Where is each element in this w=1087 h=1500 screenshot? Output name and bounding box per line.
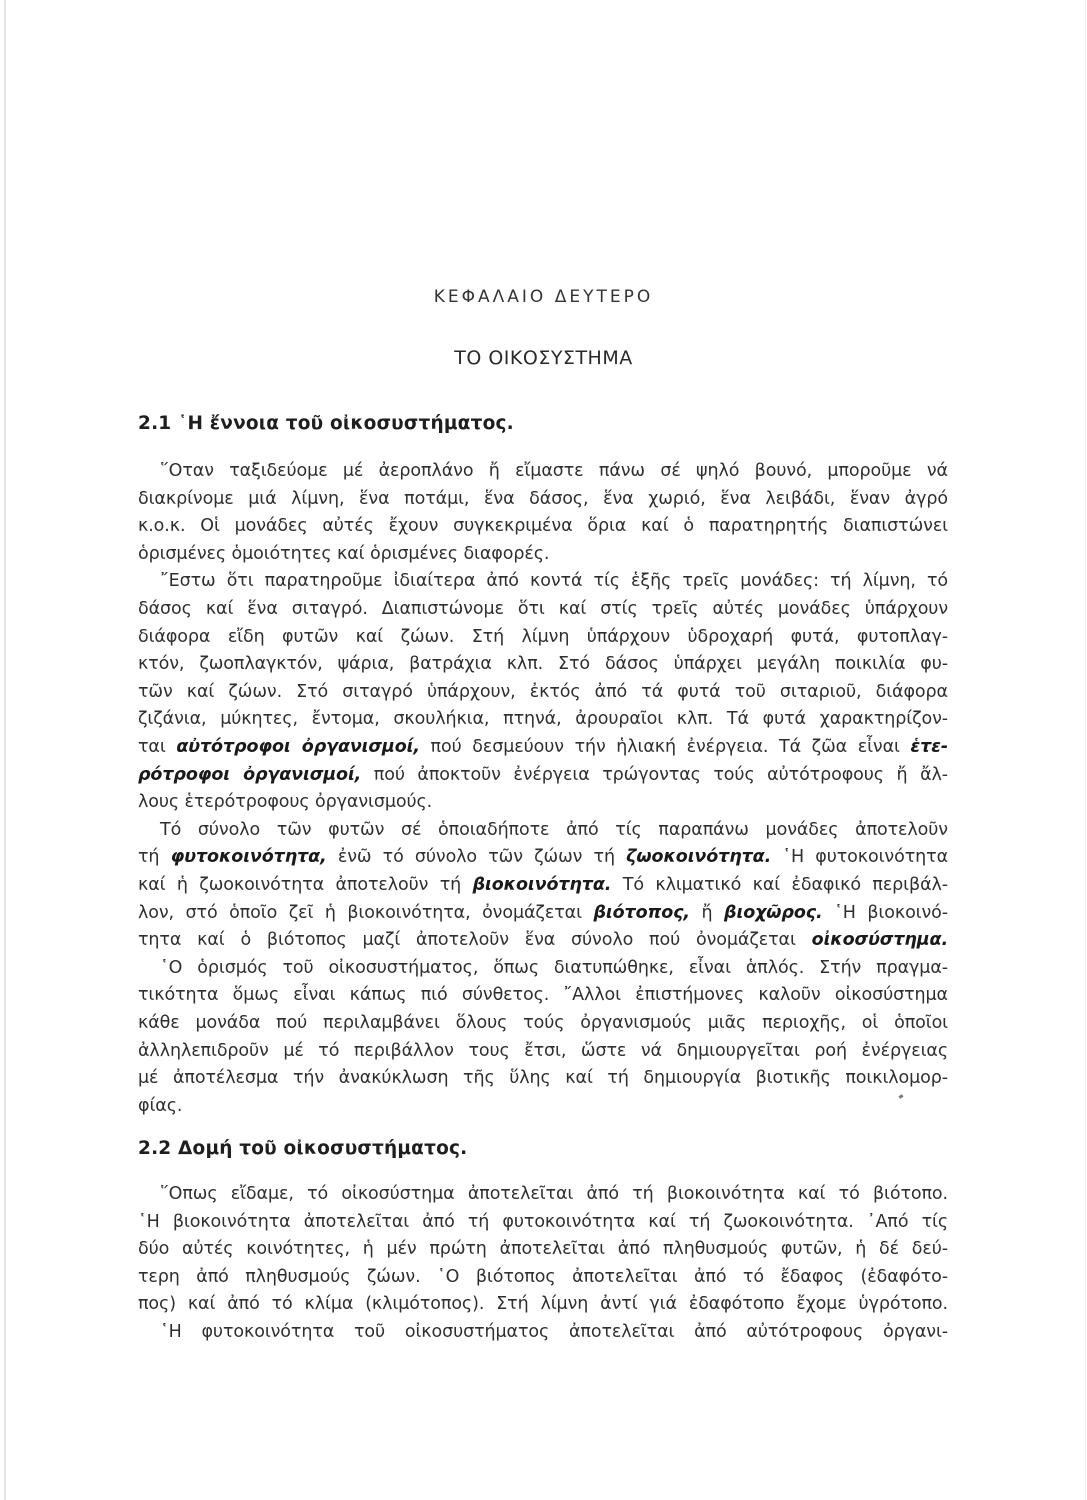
text-line: κ.ο.κ. Οἱ μονάδες αὐτές ἔχουν συγκεκριμέ… xyxy=(138,515,948,537)
chapter-title: ΤΟ ΟΙΚΟΣΥΣΤΗΜΑ xyxy=(0,347,1087,369)
emphasized-term: βιοκοινότητα. xyxy=(473,875,612,895)
text-line: ῾Ο ὁρισμός τοῦ οἰκοσυστήματος, ὅπως διατ… xyxy=(160,957,948,979)
text-line: τητα καί ὁ βιότοπος μαζί ἀποτελοῦν ἕνα σ… xyxy=(138,929,948,951)
emphasized-term: ἑτε- xyxy=(910,737,948,757)
text-line: διακρίνομε μιά λίμνη, ἕνα ποτάμι, ἕνα δά… xyxy=(138,488,948,510)
text-line: τῶν καί ζώων. Στό σιταγρό ὑπάρχουν, ἐκτό… xyxy=(138,681,948,703)
text-line: λους ἑτερότροφους ὀργανισμούς. xyxy=(138,791,948,813)
text-line: φίας. xyxy=(138,1095,948,1117)
text-line: δύο αὐτές κοινότητες, ἡ μέν πρώτη ἀποτελ… xyxy=(138,1238,948,1260)
emphasized-term: βιότοπος, xyxy=(593,903,690,923)
text-line: ται αὐτότροφοι ὀργανισμοί, πού δεσμεύουν… xyxy=(138,736,948,758)
text-line: μέ ἀποτέλεσμα τήν ἀνακύκλωση τῆς ὕλης κα… xyxy=(138,1067,948,1089)
text-line: ῾Η βιοκοινότητα ἀποτελεῖται ἀπό τή φυτοκ… xyxy=(138,1211,948,1233)
scan-edge-left xyxy=(4,0,6,1500)
text-line: Τό σύνολο τῶν φυτῶν σέ ὁποιαδήποτε ἀπό τ… xyxy=(160,819,948,841)
text-line: τικότητα ὅμως εἶναι κάπως πιό σύνθετος. … xyxy=(138,984,948,1006)
text-line: ῞Οταν ταξιδεύομε μέ ἀεροπλάνο ἤ εἴμαστε … xyxy=(160,460,948,482)
text-line: πος) καί ἀπό τό κλίμα (κλιμότοπος). Στή … xyxy=(138,1293,948,1315)
emphasized-term: βιοχῶρος. xyxy=(724,903,823,923)
text-line: ῾Η φυτοκοινότητα τοῦ οἰκοσυστήματος ἀποτ… xyxy=(160,1321,948,1343)
emphasized-term: οἰκοσύστημα. xyxy=(812,930,948,950)
emphasized-term: αὐτότροφοι ὀργανισμοί, xyxy=(176,737,420,757)
chapter-heading: ΚΕΦΑΛΑΙΟ ΔΕΥΤΕΡΟ xyxy=(0,287,1087,307)
text-line: ὁρισμένες ὁμοιότητες καί ὁρισμένες διαφο… xyxy=(138,543,948,565)
text-line: καί ἡ ζωοκοινότητα ἀποτελοῦν τή βιοκοινό… xyxy=(138,874,948,896)
text-line: διάφορα εἴδη φυτῶν καί ζώων. Στή λίμνη ὑ… xyxy=(138,626,948,648)
scan-edge-right xyxy=(1085,0,1086,1500)
emphasized-term: φυτοκοινότητα, xyxy=(171,847,327,867)
text-line: ῎Εστω ὅτι παρατηροῦμε ἰδιαίτερα ἀπό κοντ… xyxy=(160,570,948,592)
emphasized-term: ρότροφοι ὀργανισμοί, xyxy=(138,765,361,785)
text-line: ἀλληλεπιδροῦν μέ τό περιβάλλον τους ἔτσι… xyxy=(138,1040,948,1062)
text-line: λον, στό ὁποῖο ζεῖ ἡ βιοκοινότητα, ὀνομά… xyxy=(138,902,948,924)
text-line: δάσος καί ἕνα σιταγρό. Διαπιστώνομε ὅτι … xyxy=(138,598,948,620)
emphasized-term: ζωοκοινότητα. xyxy=(626,847,771,867)
text-line: τή φυτοκοινότητα, ἐνῶ τό σύνολο τῶν ζώων… xyxy=(138,846,948,868)
text-line: ζιζάνια, μύκητες, ἔντομα, σκουλήκια, πτη… xyxy=(138,708,948,730)
section-heading: 2.1 ῾Η ἔννοια τοῦ οἰκοσυστήματος. xyxy=(138,413,514,434)
text-line: ρότροφοι ὀργανισμοί, πού ἀποκτοῦν ἐνέργε… xyxy=(138,764,948,786)
text-line: κτόν, ζωοπλαγκτόν, ψάρια, βατράχια κλπ. … xyxy=(138,653,948,675)
text-line: ῞Οπως εἴδαμε, τό οἰκοσύστημα ἀποτελεῖται… xyxy=(160,1183,948,1205)
text-line: τερη ἀπό πληθυσμούς ζώων. ῾Ο βιότοπος ἀπ… xyxy=(138,1266,948,1288)
section-heading: 2.2 Δομή τοῦ οἰκοσυστήματος. xyxy=(138,1138,467,1159)
text-line: κάθε μονάδα πού περιλαμβάνει ὅλους τούς … xyxy=(138,1012,948,1034)
